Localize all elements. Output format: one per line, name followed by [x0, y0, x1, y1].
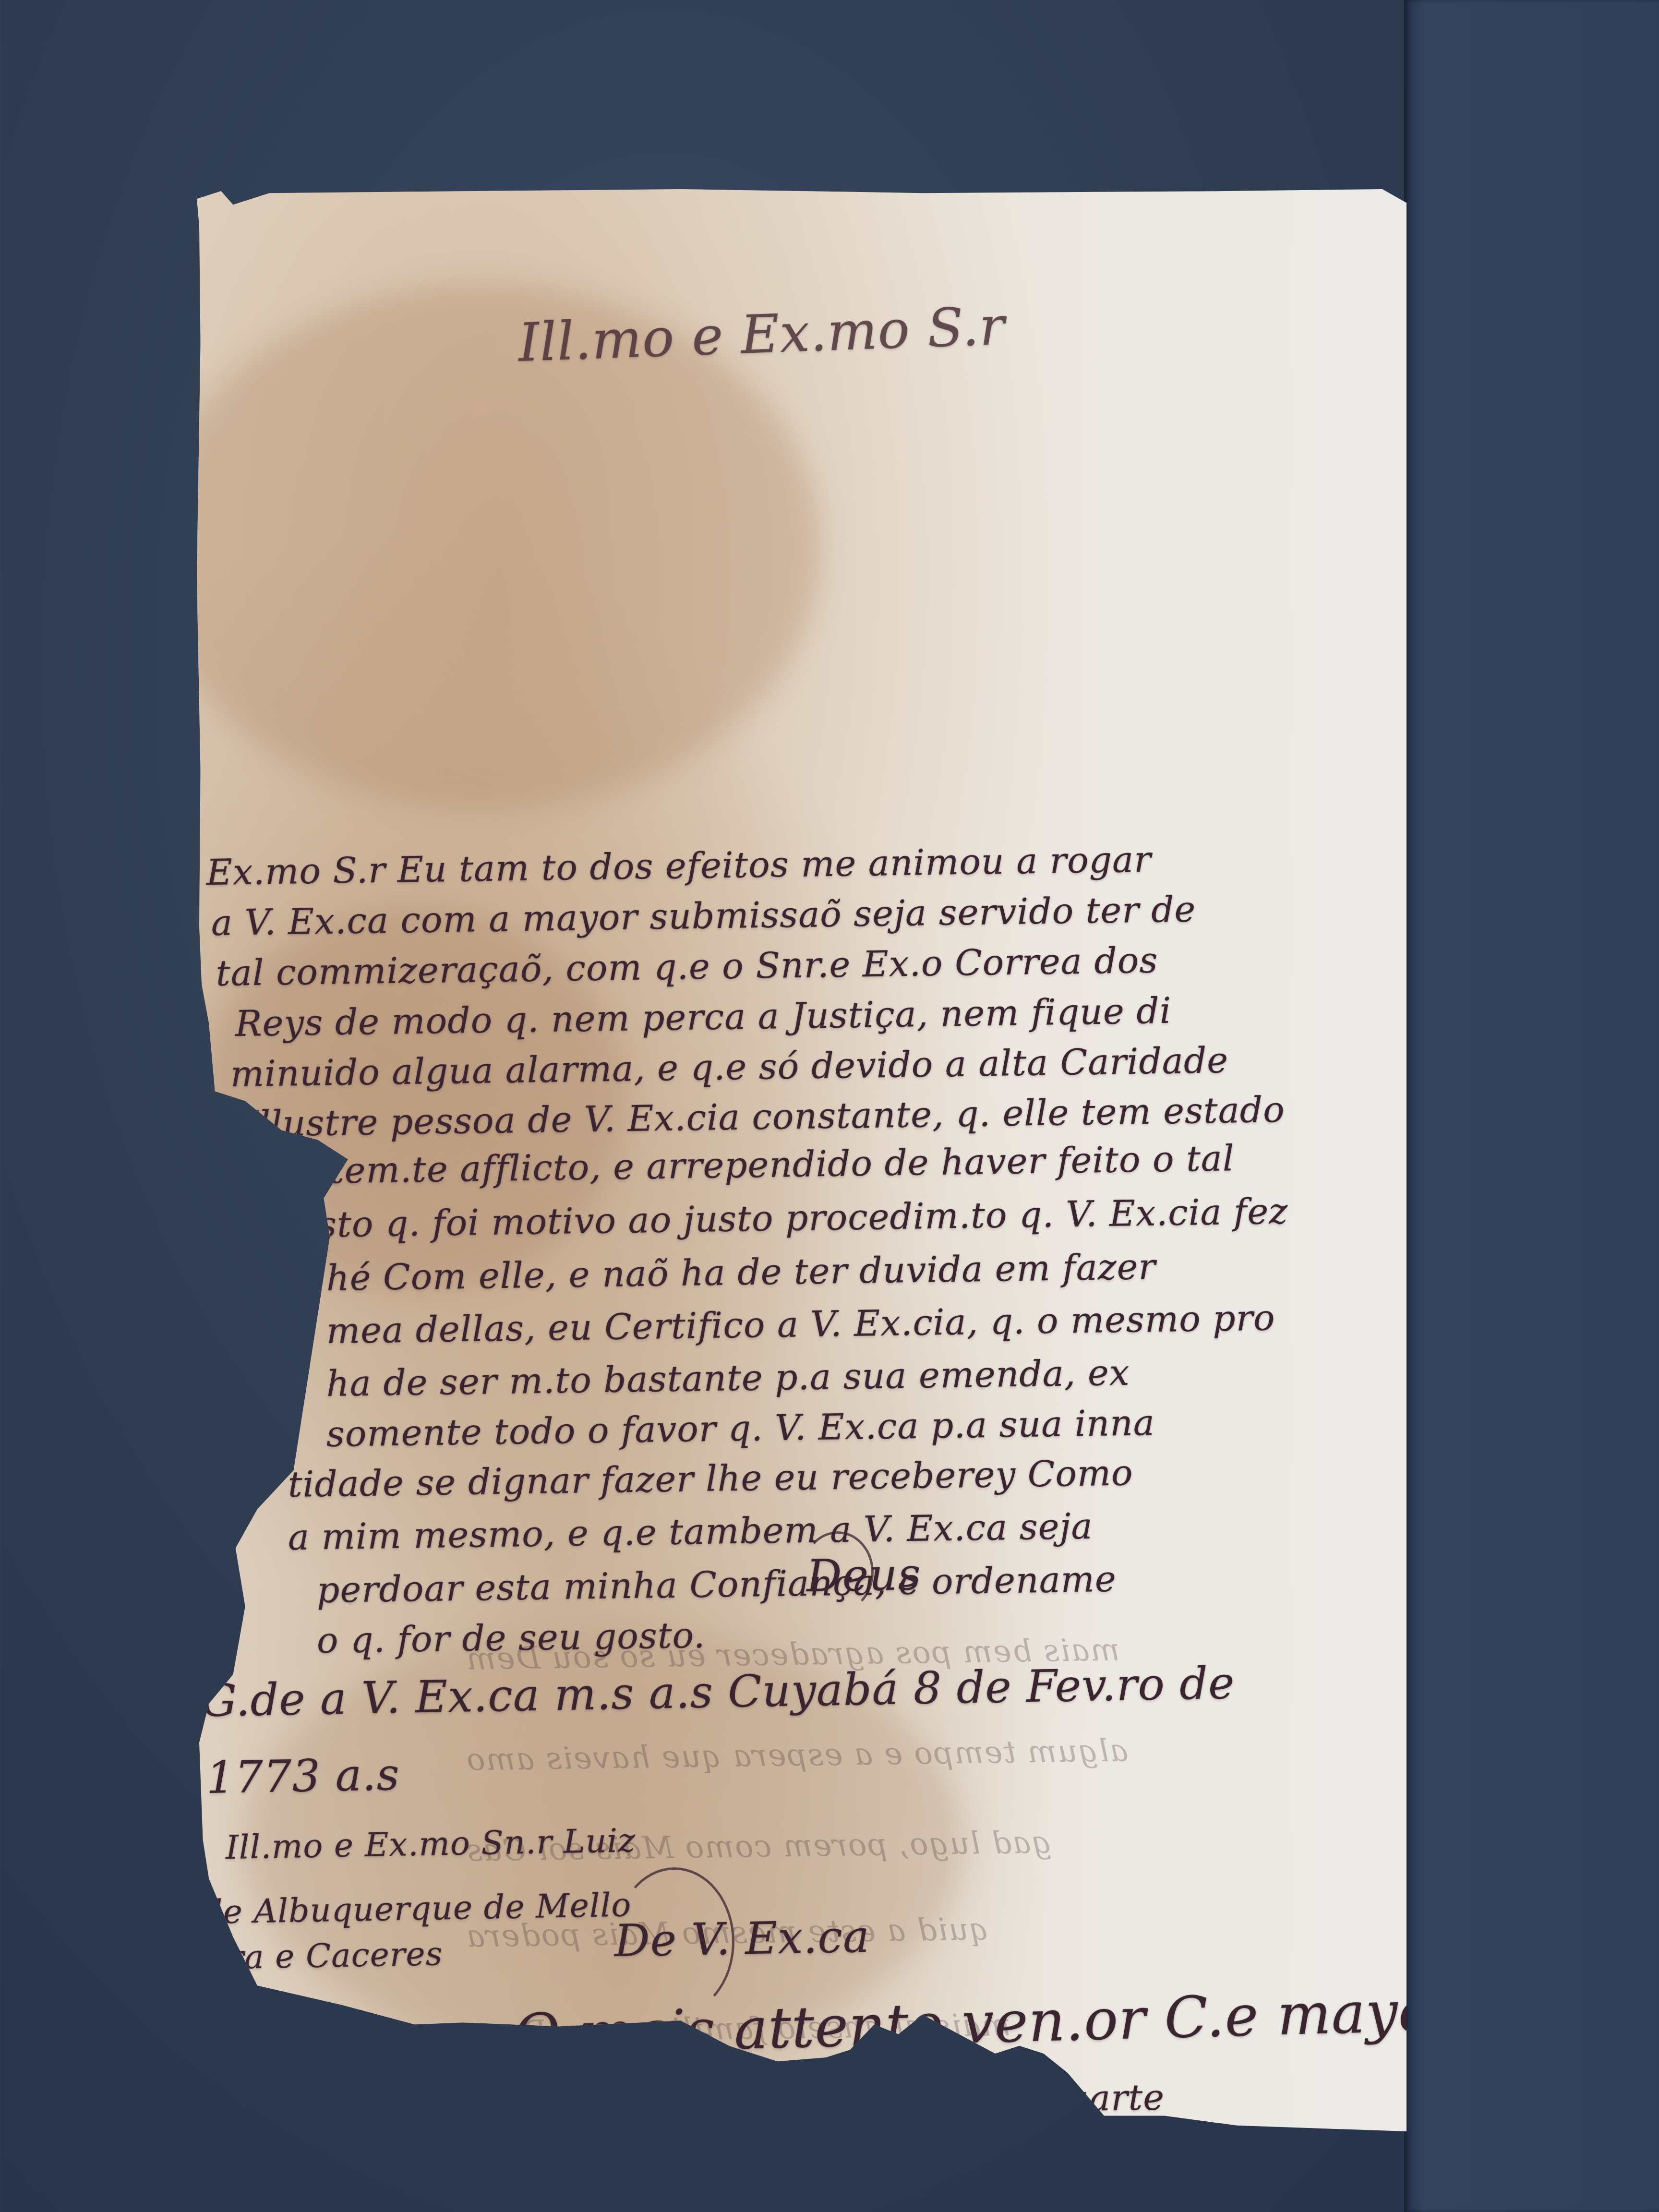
- salutation-heading: Ill.mo e Ex.mo S.r: [517, 295, 1006, 373]
- letter-line: perdoar esta minha Confiança, e ordename: [316, 1559, 1117, 1611]
- bleed-through-text: algum tempo e a espera que haveis amo: [466, 1733, 1129, 1778]
- letter-line: hé Com elle, e naõ ha de ter duvida em f…: [326, 1246, 1156, 1299]
- letter-line: o q. for de seu gosto.: [316, 1615, 705, 1661]
- letter-line: a V. Ex.ca com a mayor submissaõ seja se…: [211, 889, 1196, 944]
- letter-line: Ex.mo S.r Eu tam to dos efeitos me animo…: [206, 839, 1152, 893]
- letter-line: e Illustre pessoa de V. Ex.cia constante…: [211, 1089, 1285, 1145]
- letter-line: somente todo o favor q. V. Ex.ca p.a sua…: [326, 1402, 1155, 1455]
- letter-line: tidade se dignar fazer lhe eu receberey …: [288, 1452, 1133, 1505]
- letter-line: tal commizeraçaõ, com q.e o Snr.e Ex.o C…: [216, 940, 1158, 994]
- mount-strip: [1404, 0, 1659, 2212]
- letter-line: mea dellas, eu Certifico a V. Ex.cia, q.…: [326, 1297, 1275, 1352]
- blessing: Deus: [806, 1549, 922, 1602]
- addressee-line: de Albuquerque de Mello: [201, 1886, 632, 1932]
- addressee-line: P.ra e Caceres: [201, 1935, 443, 1977]
- date-place-line: G.de a V. Ex.ca m.s a.s Cuyabá 8 de Fev.…: [201, 1657, 1235, 1727]
- letter-line: minuido algua alarma, e q.e só devido a …: [230, 1040, 1228, 1095]
- letter-line: bastantem.te afflicto, e arrependido de …: [206, 1138, 1235, 1193]
- addressee-line: Ill.mo e Ex.mo Sn.r Luiz: [225, 1822, 636, 1867]
- letter-line: desto q. foi motivo ao justo procedim.to…: [273, 1190, 1288, 1246]
- letter-line: ha de ser m.to bastante p.a sua emenda, …: [326, 1352, 1130, 1405]
- date-year: 1773 a.s: [206, 1749, 400, 1803]
- valediction: De V. Ex.ca: [614, 1911, 870, 1967]
- letter-line: Reys de modo q. nem perca a Justiça, nem…: [235, 990, 1171, 1045]
- footer-fragment: Duarte: [1036, 2077, 1165, 2120]
- letter-line: a mim mesmo, e q.e tambem a V. Ex.ca sej…: [288, 1506, 1093, 1558]
- manuscript-sheet: mais bem pos agradecer eu so sou Dem alg…: [197, 187, 1407, 2131]
